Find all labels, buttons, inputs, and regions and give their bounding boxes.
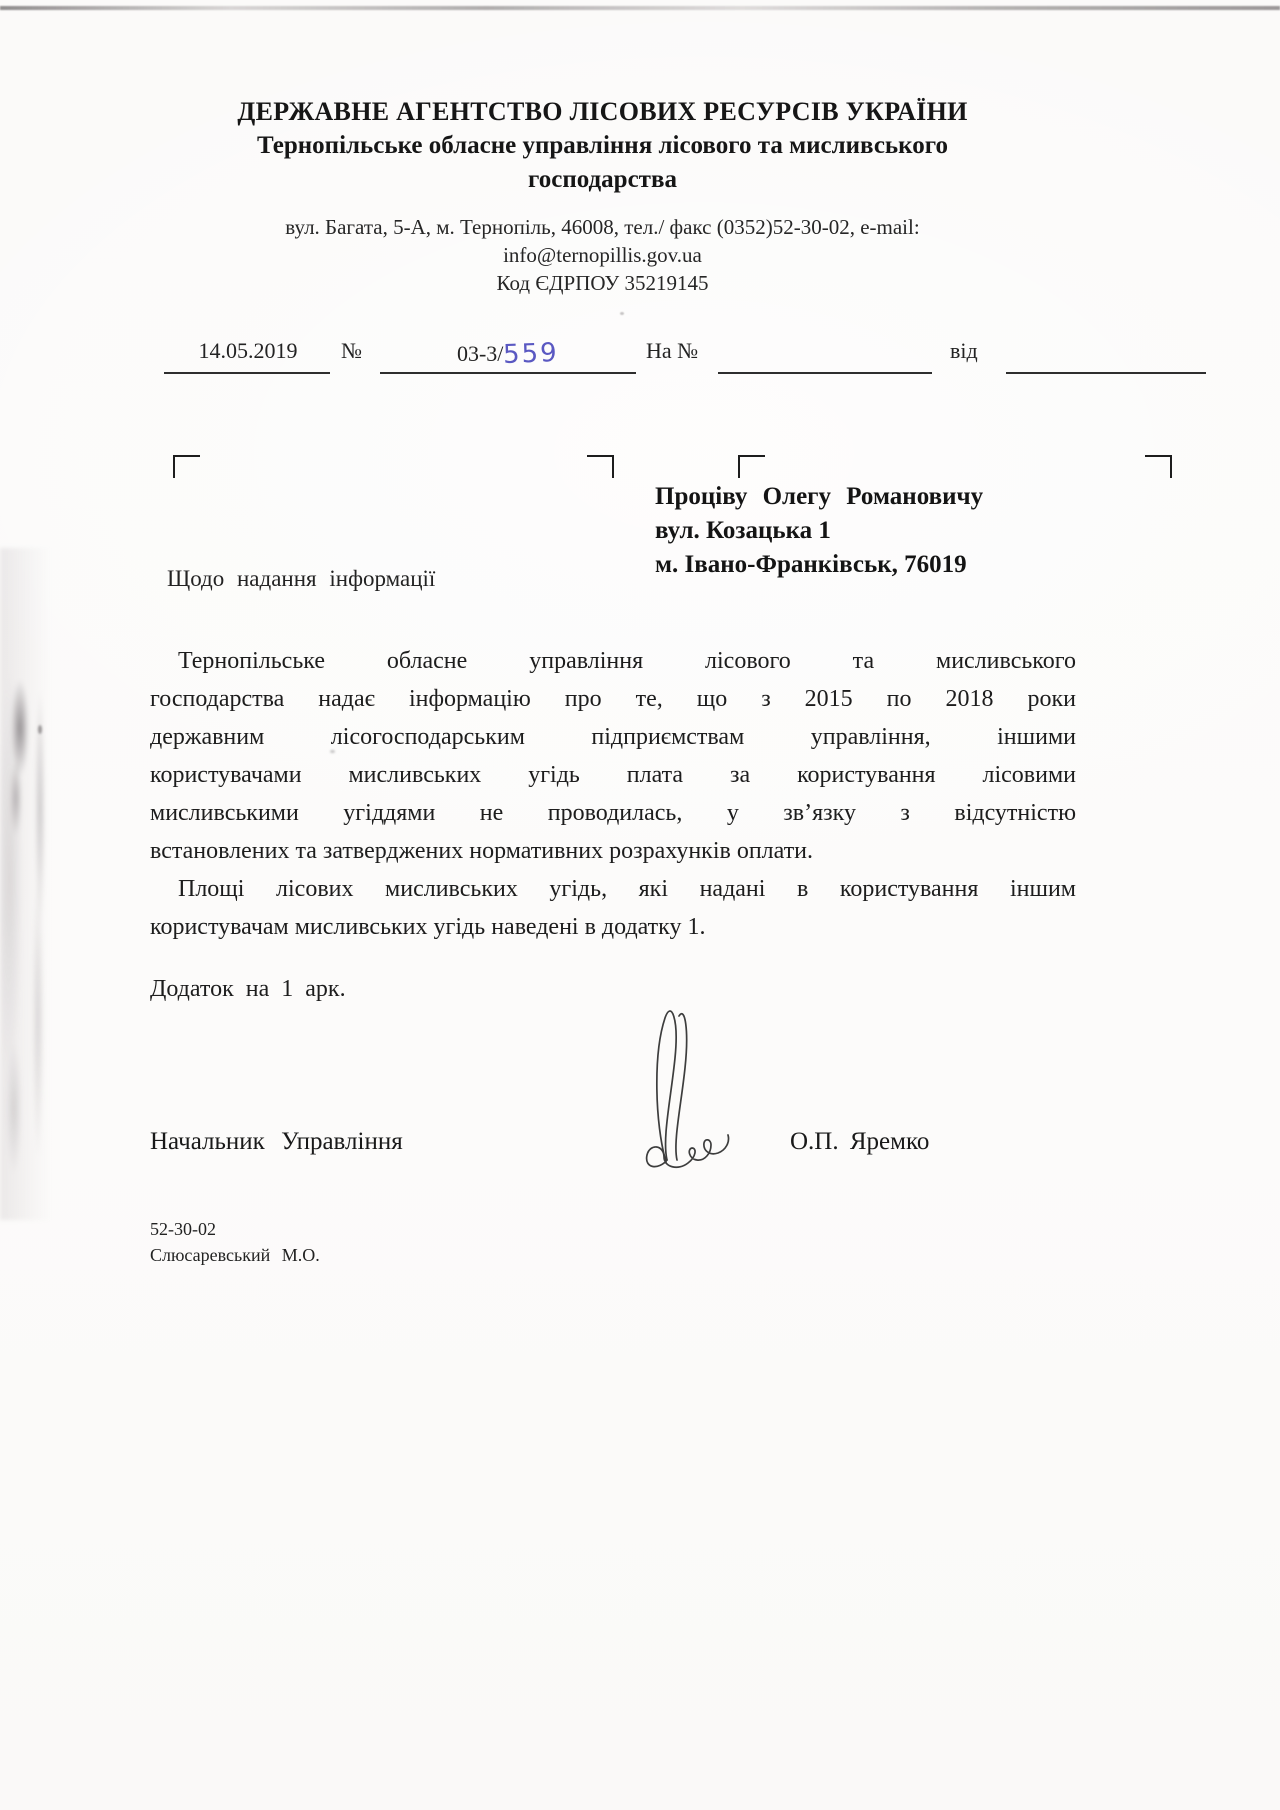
office-title-line2: господарства (150, 163, 1055, 197)
edrpou-line: Код ЄДРПОУ 35219145 (150, 269, 1055, 297)
email-line: info@ternopillis.gov.ua (150, 241, 1055, 269)
reply-number-underline (718, 372, 932, 374)
body-line: Площі лісових мисливських угідь, які над… (150, 870, 1076, 908)
reply-number-label: На № (646, 338, 698, 364)
body-line: господарства надає інформацію про те, що… (150, 680, 1076, 718)
body-line: Тернопільське обласне управління лісовог… (150, 642, 1076, 680)
office-title-line1: Тернопільське обласне управління лісовог… (150, 129, 1055, 163)
number-underline (380, 372, 636, 374)
letter-body: Тернопільське обласне управління лісовог… (150, 642, 1076, 946)
letterhead-contacts: вул. Багата, 5-А, м. Тернопіль, 46008, т… (150, 213, 1055, 297)
number-label: № (341, 338, 362, 364)
number-printed-part: 03-3/ (457, 341, 503, 366)
corner-mark (1145, 455, 1172, 478)
signer-name: О.П. Яремко (790, 1128, 929, 1156)
scan-smudge-artifact (0, 548, 54, 1220)
body-line: користувачам мисливських угідь наведені … (150, 908, 1076, 946)
scanned-letter-page: ДЕРЖАВНЕ АГЕНТСТВО ЛІСОВИХ РЕСУРСІВ УКРА… (0, 0, 1280, 1810)
recipient-street: вул. Козацька 1 (655, 514, 983, 548)
address-line: вул. Багата, 5-А, м. Тернопіль, 46008, т… (150, 213, 1055, 241)
corner-mark (587, 455, 614, 478)
attachment-note: Додаток на 1 арк. (150, 976, 346, 1003)
recipient-city: м. Івано-Франківськ, 76019 (655, 548, 983, 582)
body-line: користувачами мисливських угідь плата за… (150, 756, 1076, 794)
from-date-label: від (950, 338, 978, 364)
letter-date: 14.05.2019 (168, 338, 328, 364)
body-line: встановлених та затверджених нормативних… (150, 832, 1076, 870)
corner-mark (173, 455, 200, 478)
number-handwritten-part: 559 (503, 338, 560, 370)
body-line: мисливськими угіддями не проводилась, у … (150, 794, 1076, 832)
executor-name: Слюсаревський М.О. (150, 1245, 320, 1266)
letterhead: ДЕРЖАВНЕ АГЕНТСТВО ЛІСОВИХ РЕСУРСІВ УКРА… (150, 94, 1055, 297)
agency-title: ДЕРЖАВНЕ АГЕНТСТВО ЛІСОВИХ РЕСУРСІВ УКРА… (150, 94, 1055, 129)
date-underline (164, 372, 330, 374)
recipient-block: Проціву Олегу Романовичу вул. Козацька 1… (655, 480, 983, 582)
scan-edge-artifact (0, 6, 1280, 10)
scan-speck (620, 312, 624, 315)
executor-phone: 52-30-02 (150, 1219, 216, 1240)
recipient-name: Проціву Олегу Романовичу (655, 480, 983, 514)
signer-position: Начальник Управління (150, 1128, 403, 1156)
subject-line: Щодо надання інформації (167, 566, 435, 592)
letter-number: 03-3/559 (380, 338, 636, 368)
corner-mark (738, 455, 765, 478)
handwritten-signature (626, 1002, 766, 1177)
body-line: державним лісогосподарським підприємства… (150, 718, 1076, 756)
from-date-underline (1006, 372, 1206, 374)
scan-speck (38, 725, 42, 734)
